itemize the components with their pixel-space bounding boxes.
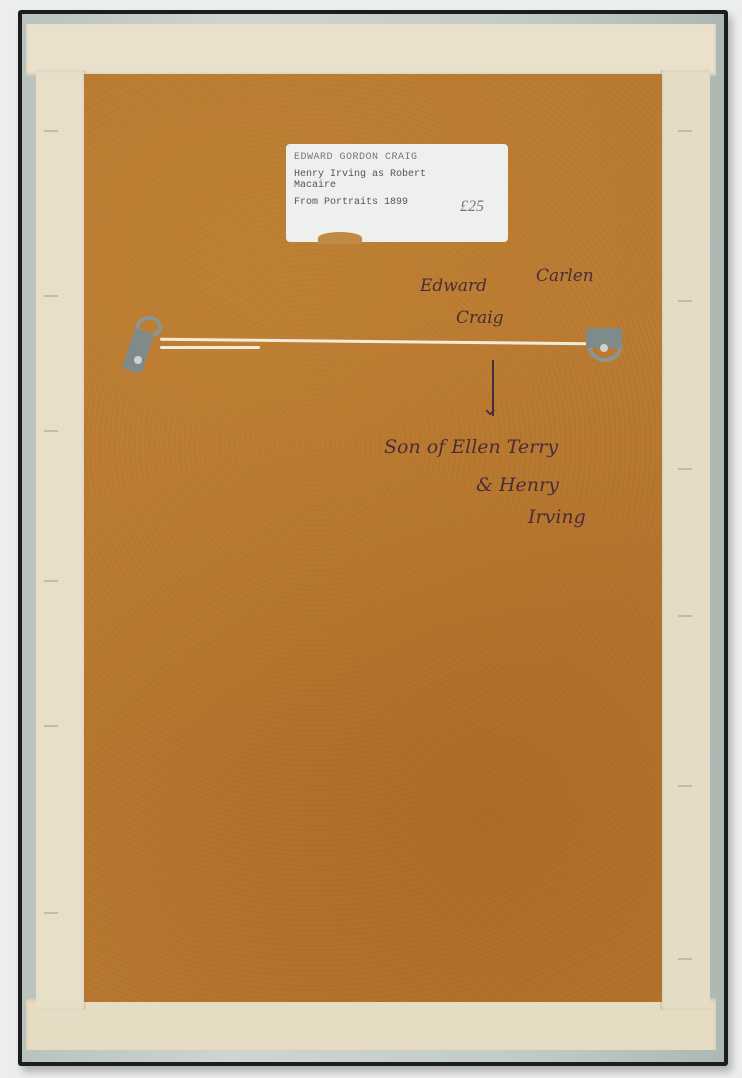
tape-mark (44, 295, 58, 297)
tape-mark (44, 912, 58, 914)
label-title-line1: Henry Irving as Robert (294, 169, 500, 180)
rivet-right (600, 344, 608, 352)
tape-mark (678, 958, 692, 960)
handwriting-note-1: Son of Ellen Terry (384, 436, 558, 458)
sale-label: EDWARD GORDON CRAIG Henry Irving as Robe… (286, 144, 508, 242)
tape-mark (44, 430, 58, 432)
handwriting-edward: Edward (420, 276, 487, 296)
tape-mark (678, 130, 692, 132)
handwriting-craig: Craig (456, 308, 504, 328)
tape-mark (678, 468, 692, 470)
tape-bottom (26, 998, 716, 1050)
tape-mark (678, 785, 692, 787)
tape-mark (44, 130, 58, 132)
tape-left (36, 70, 86, 1010)
label-title-line2: Macaire (294, 180, 500, 191)
label-tear (318, 232, 362, 244)
hanging-cord-loop (160, 346, 260, 349)
tape-mark (44, 725, 58, 727)
label-price: £25 (460, 198, 484, 216)
tape-top (26, 24, 716, 76)
tape-mark (678, 300, 692, 302)
label-artist: EDWARD GORDON CRAIG (294, 152, 500, 163)
handwriting-note-2: & Henry (476, 474, 559, 496)
tape-mark (44, 580, 58, 582)
tape-mark (678, 615, 692, 617)
arrow-head-icon: ⌄ (481, 396, 499, 421)
tape-right (660, 70, 710, 1010)
label-title: Henry Irving as Robert Macaire (294, 169, 500, 191)
handwriting-note-3: Irving (528, 506, 586, 528)
rivet-left (134, 356, 142, 364)
handwriting-carlen: Carlen (536, 266, 594, 286)
